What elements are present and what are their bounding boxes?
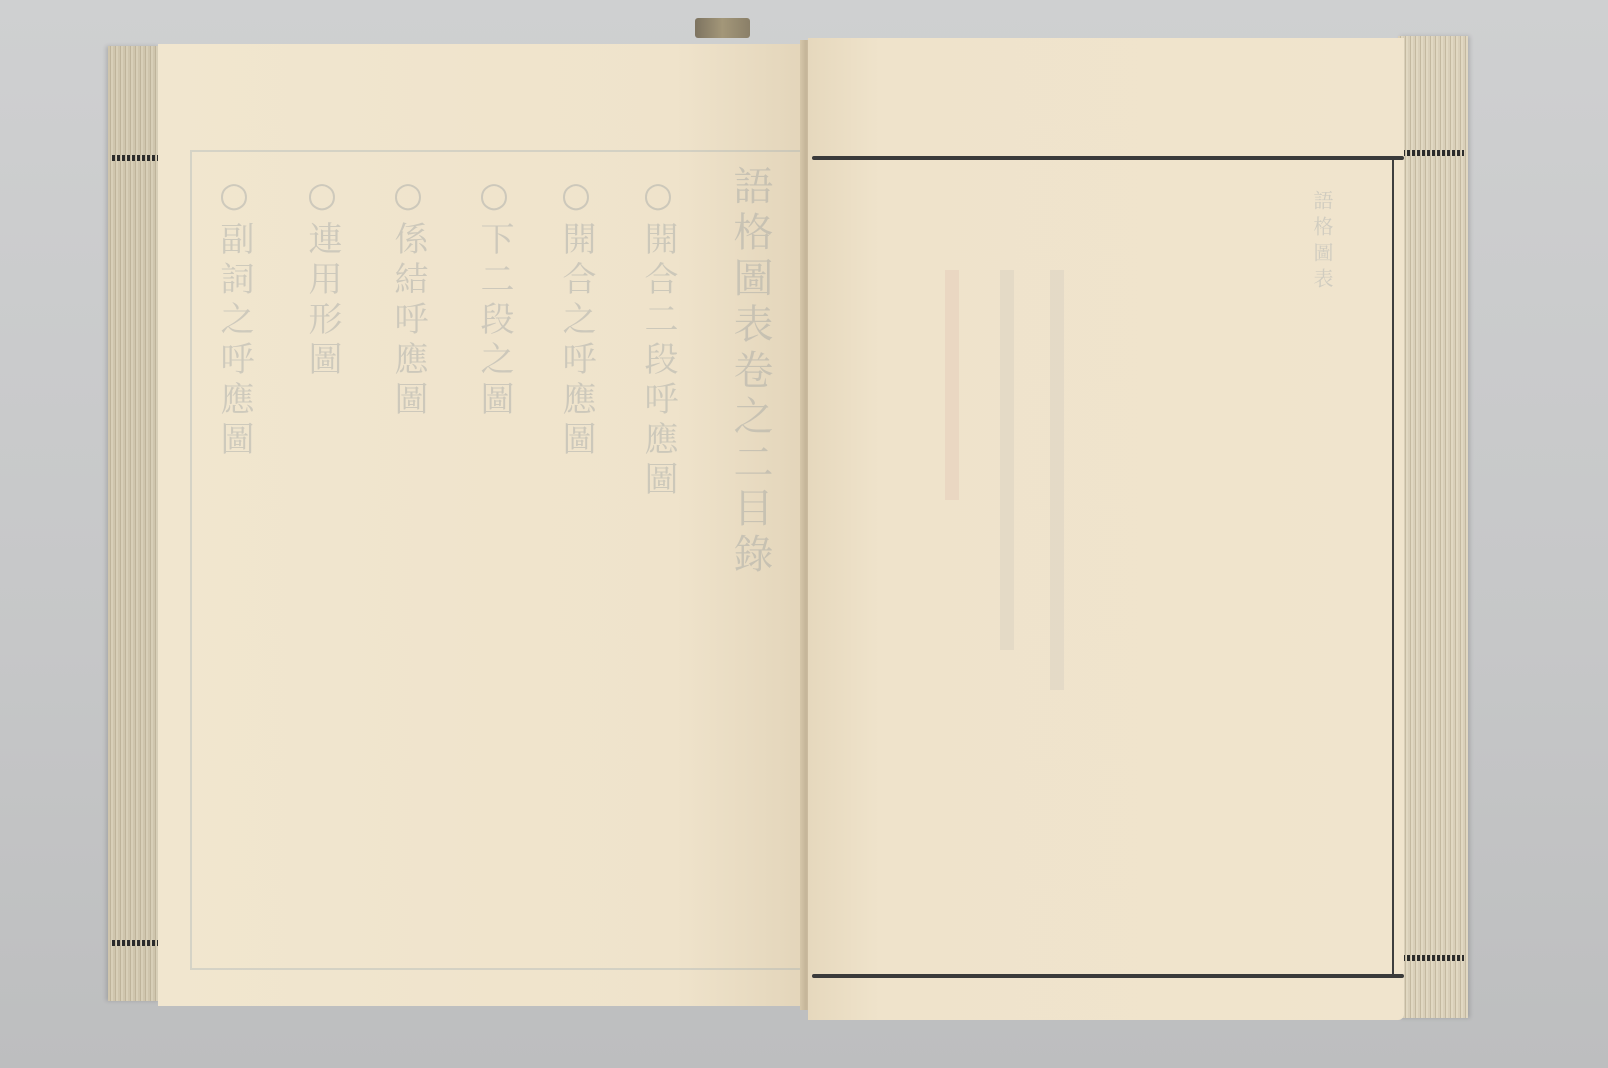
stitch-mark: [112, 940, 160, 946]
show-through-entry: ○副詞之呼應圖: [210, 175, 259, 461]
frame-top-rule: [812, 156, 1404, 160]
show-through-entry: ○開合之呼應圖: [552, 175, 601, 461]
stitch-mark: [1402, 150, 1464, 156]
show-through-text-block: [1050, 270, 1064, 690]
left-page-stack-edge: [108, 46, 160, 1001]
show-through-marginal: 語格圖表: [1308, 190, 1337, 294]
show-through-title: 語格圖表卷之二目錄: [722, 165, 779, 579]
show-through-entry: ○下二段之圖: [470, 175, 519, 421]
show-through-text-block: [1000, 270, 1014, 650]
frame-bottom-rule: [812, 974, 1404, 978]
show-through-entry: ○開合二段呼應圖: [634, 175, 683, 501]
frame-inner-rule: [1392, 160, 1394, 974]
show-through-red-text: [945, 270, 959, 500]
stitch-mark: [1402, 955, 1464, 961]
right-page-stack-edge: [1398, 36, 1468, 1018]
show-through-entry: ○係結呼應圖: [384, 175, 433, 421]
stitch-mark: [112, 155, 160, 161]
show-through-entry: ○連用形圖: [298, 175, 347, 381]
book-spine-tab: [695, 18, 750, 38]
